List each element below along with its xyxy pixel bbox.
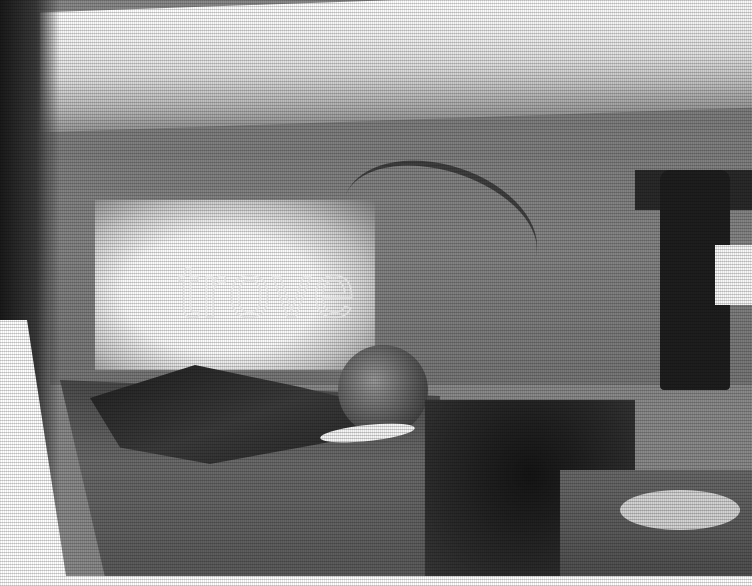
halftone-grain [0, 0, 752, 586]
trove-watermark: trove [178, 248, 357, 335]
newspaper-photo: trove [0, 0, 752, 586]
